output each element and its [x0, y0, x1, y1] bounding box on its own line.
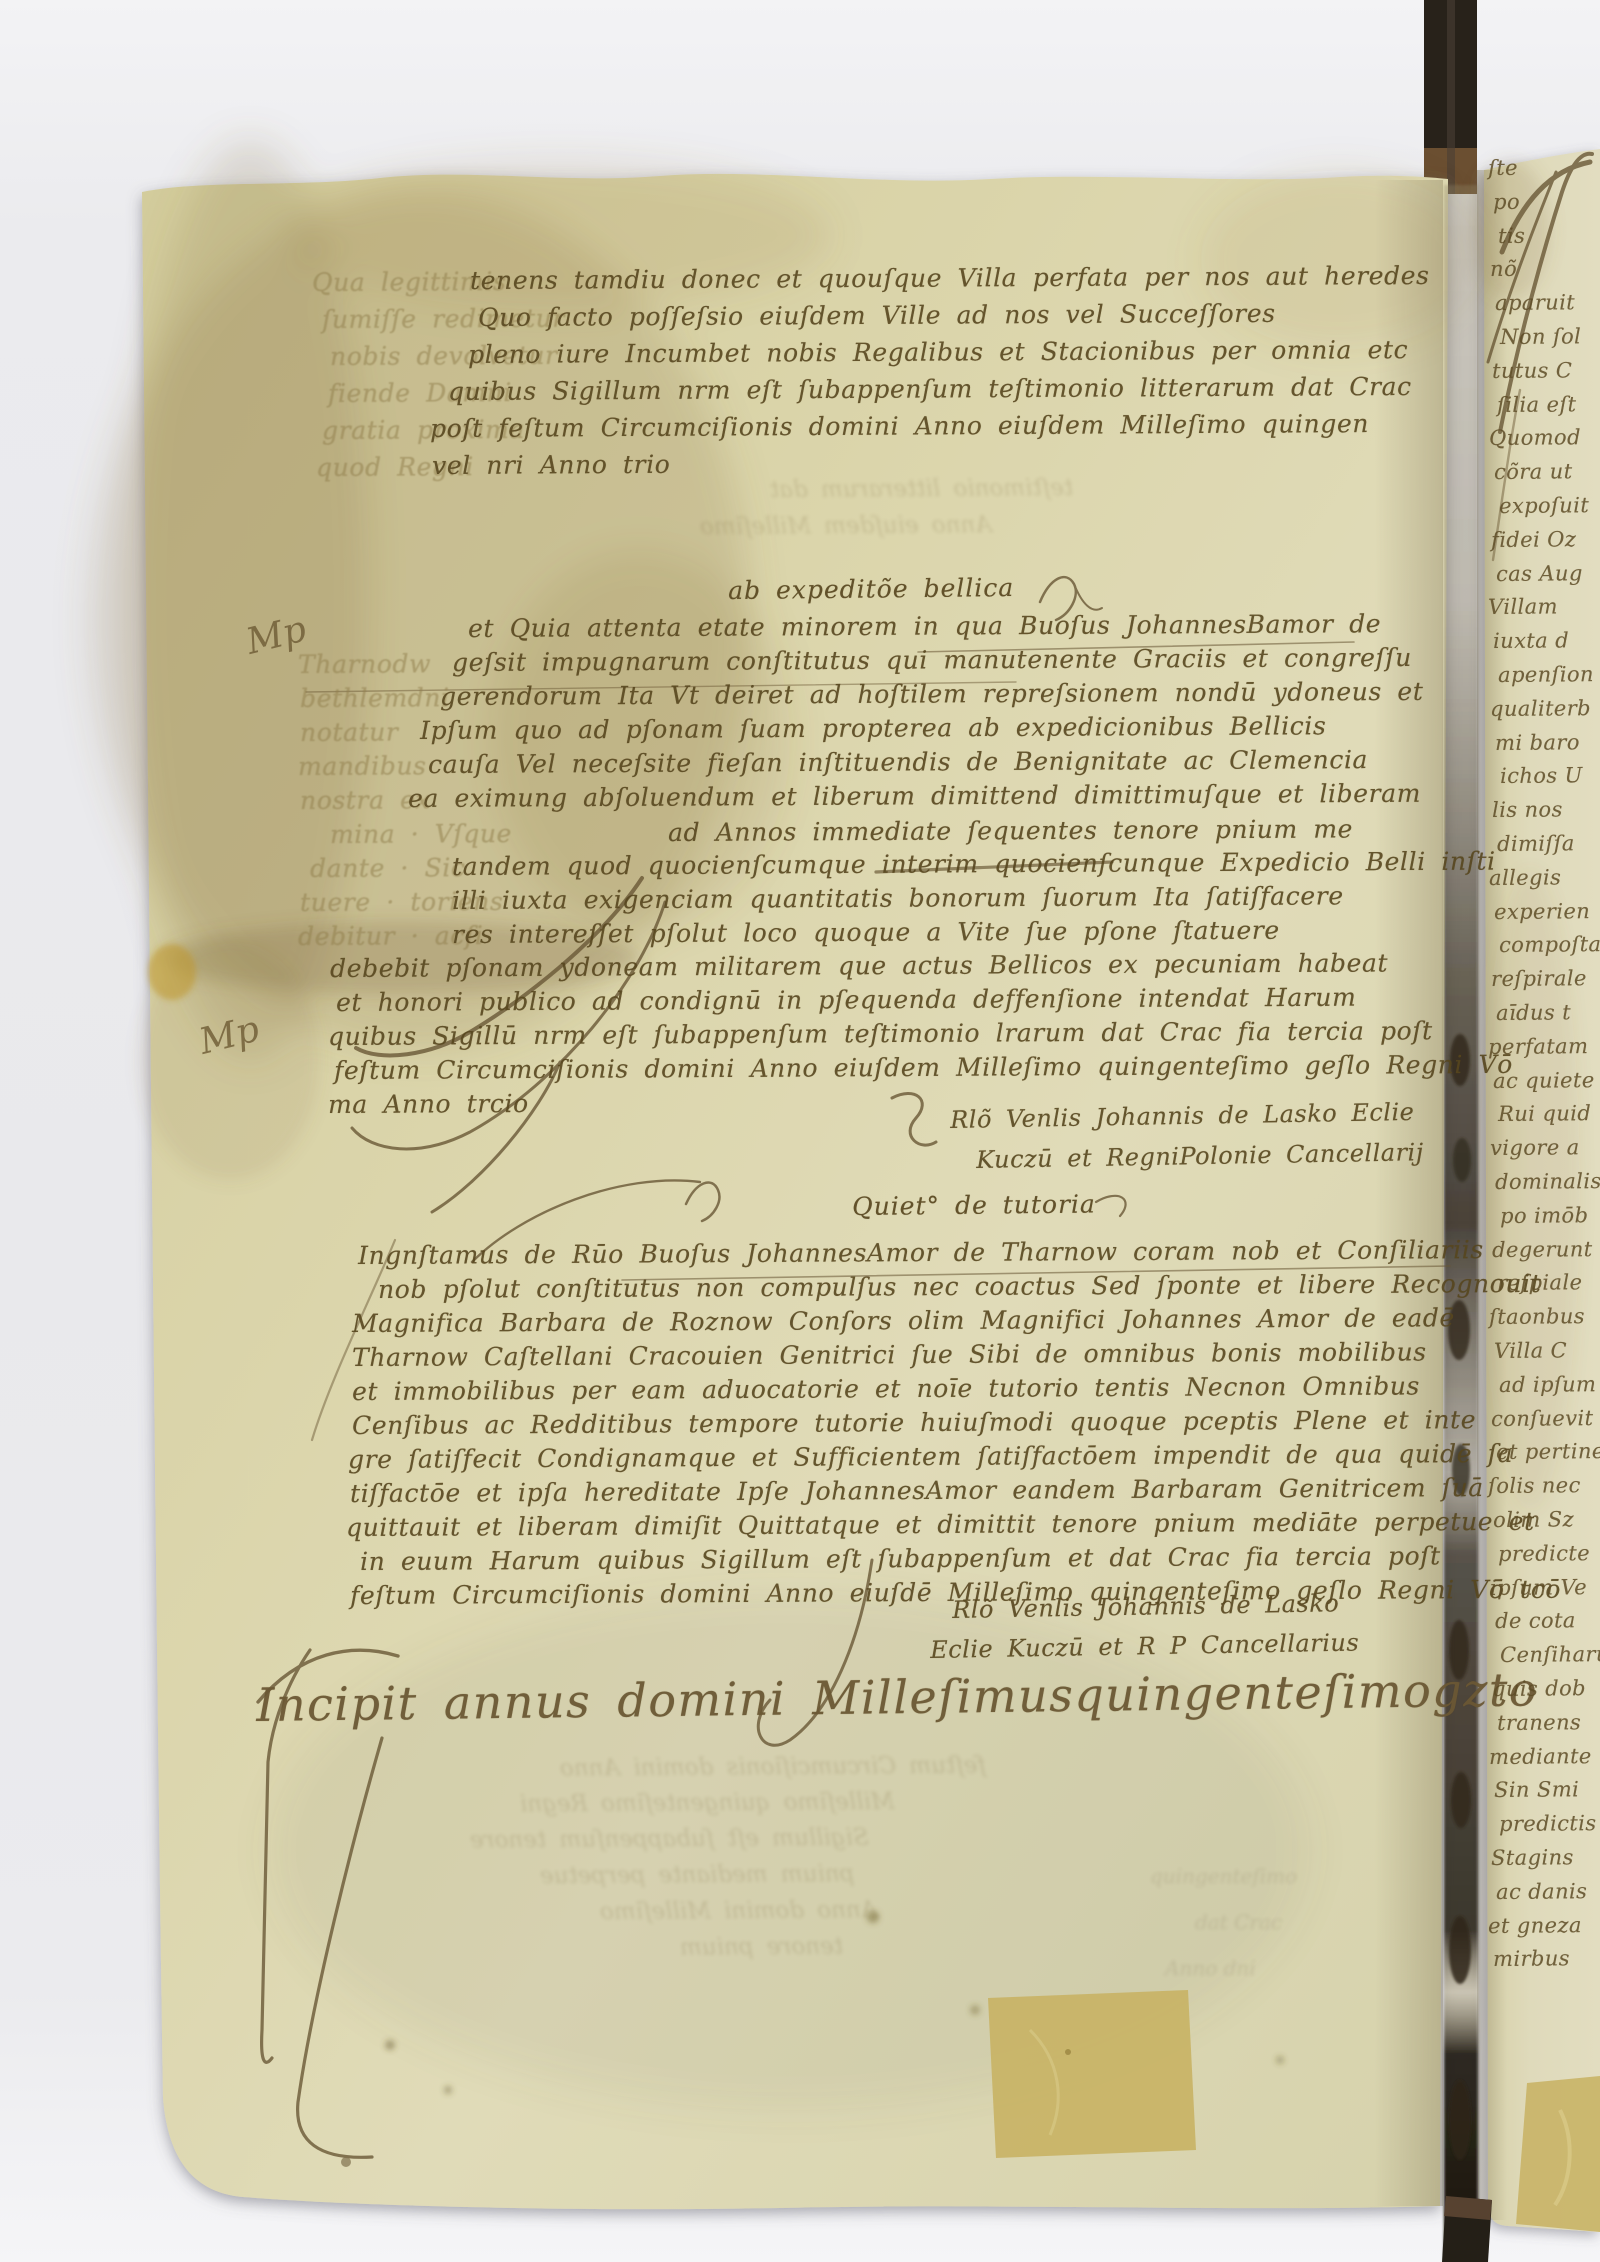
manuscript-artwork — [0, 0, 1600, 2262]
tape-patch-right-page — [1516, 2076, 1600, 2232]
gutter-shade — [1375, 180, 1443, 2206]
scan-background: { "colors":{ "background":"#ecedf0", "pa… — [0, 0, 1600, 2262]
tape-patch-main-page — [988, 1990, 1196, 2158]
binding-strap-bottom — [1442, 2196, 1492, 2262]
binding-gutter — [1444, 185, 1478, 2262]
binding-strap-top — [1424, 0, 1477, 194]
